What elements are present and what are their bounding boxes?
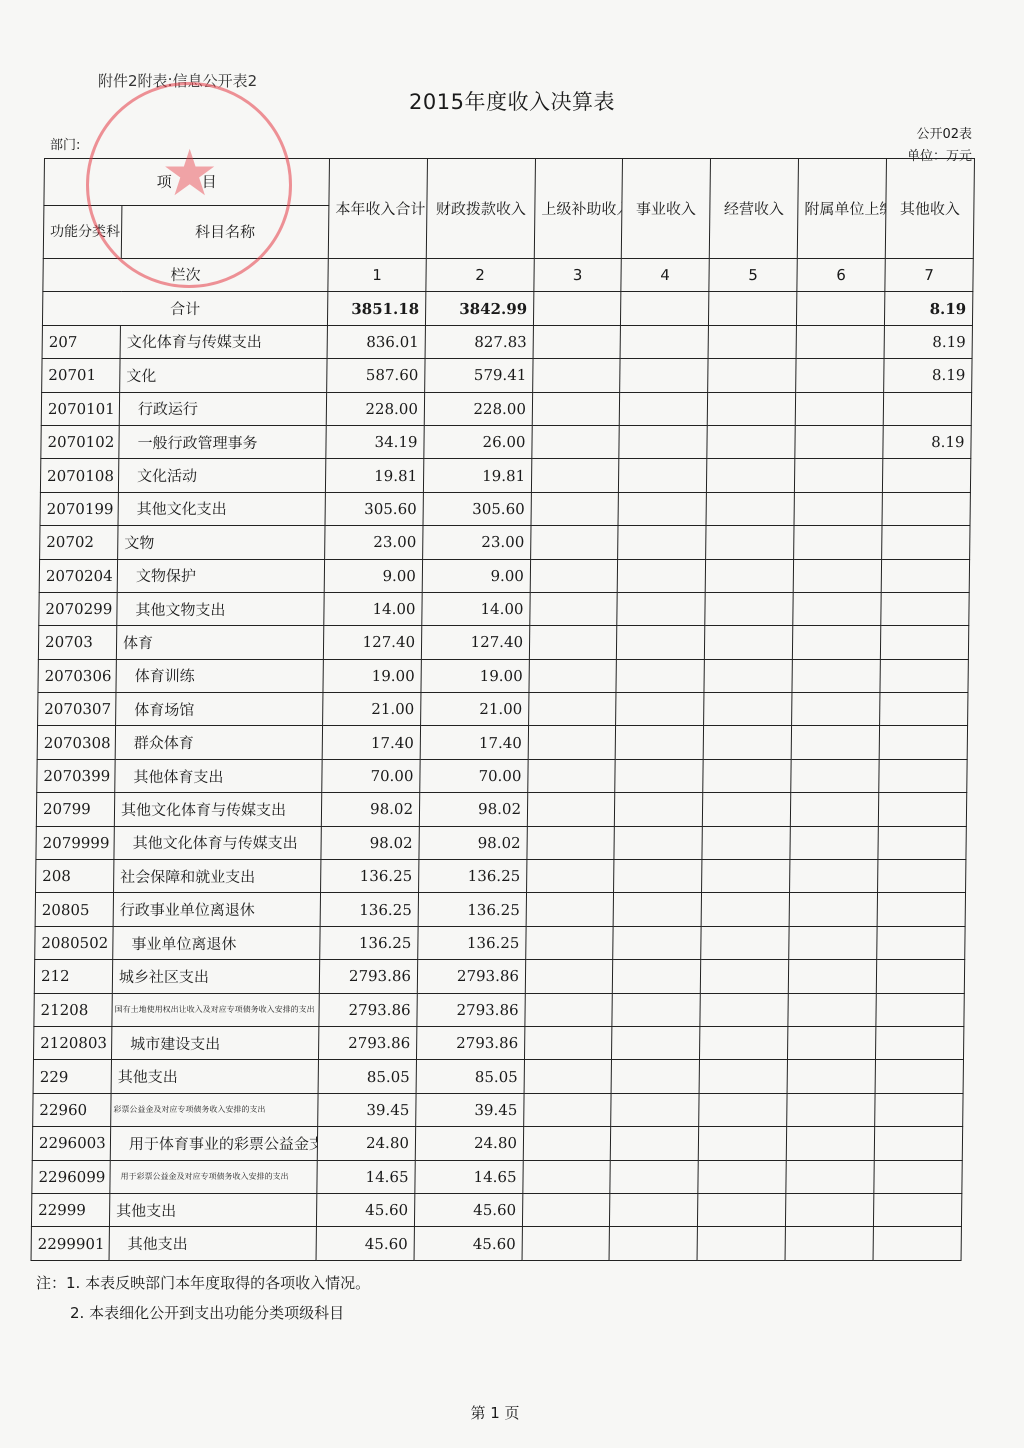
value-col-5 [701,926,789,959]
subject-code: 212 [34,960,112,993]
value-col-2: 26.00 [424,425,532,458]
total-value-4 [620,292,708,325]
subject-name: 文化体育与传媒支出 [120,325,327,358]
value-col-2: 136.25 [418,893,526,926]
value-col-5 [703,726,791,759]
value-col-2: 14.00 [422,592,530,625]
value-col-3 [523,1127,610,1160]
value-col-2: 305.60 [423,492,531,525]
value-col-1: 305.60 [325,492,423,525]
value-col-7: 8.19 [884,359,972,392]
value-col-5 [699,1093,787,1126]
subject-name: 城市建设支出 [111,1026,318,1059]
value-col-6 [794,526,882,559]
value-col-3 [524,1093,611,1126]
column-number-4: 4 [621,259,709,292]
header-col-2: 财政拨款收入 [426,159,535,259]
value-col-4 [620,359,708,392]
value-col-2: 17.40 [420,726,528,759]
value-col-1: 127.40 [323,626,421,659]
table-row: 20702文物23.0023.00 [40,526,970,559]
value-col-5 [707,425,795,458]
value-col-7: 8.19 [884,325,972,358]
value-col-4 [614,860,702,893]
value-col-3 [524,1060,611,1093]
value-col-7 [882,459,970,492]
value-col-2: 23.00 [423,526,531,559]
value-col-6 [792,659,880,692]
value-col-2: 2793.86 [417,960,525,993]
value-col-7 [878,793,966,826]
value-col-2: 228.00 [424,392,532,425]
table-row: 2070108文化活动19.8119.81 [40,459,970,492]
subject-code: 208 [36,860,114,893]
value-col-2: 98.02 [419,826,527,859]
value-col-4 [618,492,706,525]
table-row: 20805行政事业单位离退休136.25136.25 [35,893,965,926]
subject-name: 文物 [118,526,325,559]
value-col-2: 39.45 [416,1093,524,1126]
value-col-3 [528,759,615,792]
subject-code: 2070299 [39,592,117,625]
value-col-3 [530,559,617,592]
value-col-4 [612,993,700,1026]
value-col-1: 2793.86 [319,993,417,1026]
value-col-7 [883,392,971,425]
value-col-1: 19.00 [323,659,421,692]
subject-name: 其他文化体育与传媒支出 [114,826,321,859]
value-col-1: 70.00 [322,759,420,792]
subject-code: 2120803 [33,1026,111,1059]
value-col-4 [610,1160,698,1193]
value-col-7 [880,626,968,659]
subject-name: 文化活动 [118,459,325,492]
header-col-6: 附属单位上缴收入 [797,159,886,259]
subject-code: 2070199 [40,492,118,525]
value-col-5 [705,592,793,625]
value-col-1: 228.00 [326,392,424,425]
table-row: 21208国有土地使用权出让收入及对应专项债务收入安排的支出2793.86279… [34,993,964,1026]
value-col-5 [700,960,788,993]
subject-code: 22960 [33,1093,111,1126]
value-col-1: 9.00 [324,559,422,592]
value-col-4 [612,960,700,993]
value-col-6 [793,559,881,592]
table-row: 2079999其他文化体育与传媒支出98.0298.02 [36,826,966,859]
table-row: 20701文化587.60579.418.19 [42,359,972,392]
subject-name: 文化 [120,359,327,392]
value-col-6 [790,860,878,893]
value-col-7 [879,759,967,792]
value-col-1: 587.60 [327,359,425,392]
value-col-5 [704,693,792,726]
value-col-5 [702,793,790,826]
subject-name: 一般行政管理事务 [119,425,326,458]
value-col-5 [697,1193,785,1226]
value-col-2: 19.00 [421,659,529,692]
value-col-3 [532,425,619,458]
value-col-7 [879,726,967,759]
total-value-1: 3851.18 [327,292,425,325]
value-col-4 [609,1193,697,1226]
table-row: 229其他支出85.0585.05 [33,1060,963,1093]
value-col-4 [611,1026,699,1059]
value-col-5 [699,1026,787,1059]
subject-name: 社会保障和就业支出 [114,860,321,893]
page-title: 2015年度收入决算表 [0,86,1024,116]
value-col-5 [706,526,794,559]
value-col-7 [873,1227,961,1260]
value-col-1: 23.00 [325,526,423,559]
table-row: 22999其他支出45.6045.60 [31,1193,961,1226]
value-col-7 [881,592,969,625]
value-col-2: 45.60 [414,1227,522,1260]
value-col-6 [794,459,882,492]
value-col-3 [522,1227,609,1260]
subject-code: 2070308 [37,726,115,759]
value-col-2: 85.05 [416,1060,524,1093]
subject-code: 21208 [34,993,112,1026]
value-col-3 [527,860,614,893]
total-value-5 [708,292,796,325]
table-row: 2070101行政运行228.00228.00 [41,392,971,425]
value-col-5 [702,860,790,893]
form-number: 公开02表 [916,123,972,142]
value-col-4 [609,1227,697,1260]
value-col-3 [533,325,620,358]
subject-code: 207 [42,325,120,358]
value-col-6 [789,926,877,959]
subject-name: 行政运行 [119,392,326,425]
subject-code: 2080502 [35,926,113,959]
value-col-7 [875,1093,963,1126]
value-col-2: 127.40 [421,626,529,659]
value-col-1: 136.25 [321,860,419,893]
table-row: 212城乡社区支出2793.862793.86 [34,960,964,993]
value-col-3 [522,1193,609,1226]
value-col-1: 14.00 [324,592,422,625]
subject-name: 其他文化体育与传媒支出 [114,793,321,826]
value-col-1: 136.25 [320,926,418,959]
page-number: 第 1 页 [0,1402,990,1423]
header-col-1: 本年收入合计 [328,159,427,259]
total-value-6 [796,292,884,325]
subject-code: 2079999 [36,826,114,859]
value-col-3 [532,392,619,425]
subject-code: 2296099 [32,1160,110,1193]
table-row: 2296099用于彩票公益金及对应专项债务收入安排的支出14.6514.65 [32,1160,962,1193]
value-col-4 [614,793,702,826]
value-col-7 [877,893,965,926]
value-col-2: 2793.86 [417,993,525,1026]
value-col-5 [708,359,796,392]
total-value-2: 3842.99 [425,292,533,325]
value-col-3 [527,826,614,859]
column-number-2: 2 [426,259,534,292]
value-col-3 [529,693,616,726]
value-col-7 [882,492,970,525]
value-col-7 [878,826,966,859]
value-col-6 [786,1127,874,1160]
value-col-6 [792,626,880,659]
subject-name: 彩票公益金及对应专项债务收入安排的支出 [111,1093,318,1126]
value-col-2: 827.83 [425,325,533,358]
subject-code: 2070399 [37,759,115,792]
value-col-5 [700,993,788,1026]
table-row: 22960彩票公益金及对应专项债务收入安排的支出39.4539.45 [33,1093,963,1126]
value-col-2: 70.00 [420,759,528,792]
notes: 注：1. 本表反映部门本年度取得的各项收入情况。 2. 本表细化公开到支出功能分… [36,1268,370,1328]
subject-code: 2070307 [38,693,116,726]
value-col-1: 34.19 [326,425,424,458]
table-row: 2070399其他体育支出70.0070.00 [37,759,967,792]
subject-name: 国有土地使用权出让收入及对应专项债务收入安排的支出 [112,993,319,1026]
value-col-3 [525,960,612,993]
value-col-1: 17.40 [322,726,420,759]
value-col-5 [698,1127,786,1160]
subject-name: 行政事业单位离退休 [113,893,320,926]
value-col-2: 9.00 [422,559,530,592]
value-col-6 [789,893,877,926]
table-row: 2070299其他文物支出14.0014.00 [39,592,969,625]
value-col-6 [785,1227,873,1260]
value-col-4 [618,459,706,492]
table-row: 20799其他文化体育与传媒支出98.0298.02 [36,793,966,826]
note-1: 注：1. 本表反映部门本年度取得的各项收入情况。 [36,1268,370,1298]
value-col-4 [610,1127,698,1160]
table-row: 207文化体育与传媒支出836.01827.838.19 [42,325,972,358]
value-col-1: 98.02 [321,826,419,859]
table-row: 2070306体育训练19.0019.00 [38,659,968,692]
value-col-7 [875,1060,963,1093]
column-index-label: 栏次 [43,259,328,292]
value-col-1: 45.60 [316,1193,414,1226]
subject-code: 2070204 [39,559,117,592]
value-col-6 [792,693,880,726]
value-col-7 [878,860,966,893]
value-col-6 [796,359,884,392]
value-col-6 [786,1160,874,1193]
value-col-3 [526,926,613,959]
value-col-5 [698,1160,786,1193]
value-col-3 [527,793,614,826]
total-label: 合计 [42,292,327,325]
value-col-3 [524,1026,611,1059]
header-code: 功能分类科目编码 [43,206,122,259]
column-number-7: 7 [885,259,973,292]
value-col-4 [611,1093,699,1126]
value-col-6 [791,759,879,792]
table-row: 2299901其他支出45.6045.60 [31,1227,961,1260]
value-col-6 [788,960,876,993]
value-col-6 [787,1060,875,1093]
value-col-6 [793,592,881,625]
value-col-5 [708,325,796,358]
table-row: 2070204文物保护9.009.00 [39,559,969,592]
subject-name: 用于彩票公益金及对应专项债务收入安排的支出 [110,1160,317,1193]
header-col-4: 事业收入 [621,159,710,259]
note-2: 2. 本表细化公开到支出功能分类项级科目 [36,1298,370,1328]
value-col-1: 39.45 [318,1093,416,1126]
value-col-7 [875,1026,963,1059]
value-col-1: 2793.86 [318,1026,416,1059]
table-row: 208社会保障和就业支出136.25136.25 [36,860,966,893]
value-col-1: 98.02 [321,793,419,826]
subject-code: 2070108 [40,459,118,492]
value-col-3 [531,526,618,559]
value-col-4 [615,759,703,792]
value-col-2: 98.02 [419,793,527,826]
value-col-4 [619,392,707,425]
subject-name: 城乡社区支出 [112,960,319,993]
subject-code: 20799 [36,793,114,826]
value-col-4 [617,559,705,592]
subject-name: 其他体育支出 [115,759,322,792]
value-col-1: 21.00 [323,693,421,726]
value-col-6 [796,325,884,358]
value-col-3 [528,726,615,759]
table-row: 2070308群众体育17.4017.40 [37,726,967,759]
value-col-5 [706,492,794,525]
department-label: 部门: [50,134,80,153]
subject-code: 2070101 [41,392,119,425]
value-col-3 [530,592,617,625]
subject-name: 用于体育事业的彩票公益金支出 [110,1127,317,1160]
value-col-2: 2793.86 [416,1026,524,1059]
value-col-7 [874,1160,962,1193]
value-col-1: 2793.86 [319,960,417,993]
value-col-5 [707,392,795,425]
total-value-3 [533,292,620,325]
value-col-6 [787,1093,875,1126]
column-number-3: 3 [534,259,621,292]
subject-code: 20805 [35,893,113,926]
table-row: 2070102一般行政管理事务34.1926.008.19 [41,425,971,458]
subject-name: 事业单位离退休 [113,926,320,959]
value-col-7 [873,1193,961,1226]
value-col-1: 14.65 [317,1160,415,1193]
value-col-2: 19.81 [423,459,531,492]
value-col-1: 19.81 [325,459,423,492]
subject-name: 文物保护 [117,559,324,592]
income-final-accounts-table: 项 目 本年收入合计 财政拨款收入 上级补助收入 事业收入 经营收入 附属单位上… [31,158,975,1261]
subject-name: 体育训练 [116,659,323,692]
value-col-2: 136.25 [418,926,526,959]
subject-code: 2070306 [38,659,116,692]
value-col-5 [701,893,789,926]
value-col-2: 579.41 [425,359,533,392]
value-col-4 [615,726,703,759]
value-col-7 [880,659,968,692]
value-col-7 [876,960,964,993]
table-row: 2080502事业单位离退休136.25136.25 [35,926,965,959]
value-col-2: 21.00 [421,693,529,726]
value-col-6 [790,826,878,859]
value-col-6 [791,726,879,759]
value-col-4 [611,1060,699,1093]
value-col-4 [618,526,706,559]
header-item: 项 目 [44,159,330,206]
value-col-3 [523,1160,610,1193]
value-col-4 [620,325,708,358]
total-value-7: 8.19 [884,292,972,325]
column-number-6: 6 [797,259,885,292]
value-col-3 [531,459,618,492]
value-col-7 [874,1127,962,1160]
value-col-7: 8.19 [883,425,971,458]
subject-name: 体育场馆 [116,693,323,726]
subject-code: 2070102 [41,425,119,458]
subject-code: 22999 [31,1193,109,1226]
value-col-4 [616,659,704,692]
value-col-3 [526,893,613,926]
value-col-4 [619,425,707,458]
value-col-5 [705,559,793,592]
value-col-5 [706,459,794,492]
value-col-1: 24.80 [317,1127,415,1160]
header-col-3: 上级补助收入 [534,159,622,259]
value-col-3 [529,659,616,692]
table-row: 2070199其他文化支出305.60305.60 [40,492,970,525]
value-col-6 [787,1026,875,1059]
value-col-4 [617,592,705,625]
value-col-5 [702,826,790,859]
subject-code: 2296003 [32,1127,110,1160]
value-col-1: 85.05 [318,1060,416,1093]
value-col-6 [790,793,878,826]
header-name: 科目名称 [121,206,329,259]
value-col-4 [614,826,702,859]
value-col-3 [531,492,618,525]
column-number-1: 1 [328,259,426,292]
value-col-3 [533,359,620,392]
table-row: 20703体育127.40127.40 [38,626,968,659]
value-col-4 [613,926,701,959]
value-col-4 [616,693,704,726]
subject-code: 229 [33,1060,111,1093]
subject-code: 20701 [42,359,120,392]
value-col-6 [785,1193,873,1226]
value-col-6 [795,392,883,425]
value-col-1: 836.01 [327,325,425,358]
value-col-5 [697,1227,785,1260]
table-row: 2120803城市建设支出2793.862793.86 [33,1026,963,1059]
subject-code: 20703 [38,626,116,659]
subject-name: 其他文物支出 [117,592,324,625]
subject-name: 其他支出 [109,1193,316,1226]
value-col-6 [795,425,883,458]
subject-code: 20702 [40,526,118,559]
subject-code: 2299901 [31,1227,109,1260]
value-col-2: 14.65 [415,1160,523,1193]
table-row: 2296003用于体育事业的彩票公益金支出24.8024.80 [32,1127,962,1160]
value-col-4 [613,893,701,926]
subject-name: 其他支出 [111,1060,318,1093]
value-col-7 [880,693,968,726]
value-col-7 [876,993,964,1026]
value-col-7 [882,526,970,559]
table-row: 2070307体育场馆21.0021.00 [38,693,968,726]
value-col-5 [703,759,791,792]
subject-name: 群众体育 [115,726,322,759]
header-col-5: 经营收入 [709,159,798,259]
value-col-5 [704,659,792,692]
subject-name: 其他文化支出 [118,492,325,525]
value-col-4 [616,626,704,659]
value-col-1: 45.60 [316,1227,414,1260]
value-col-3 [525,993,612,1026]
value-col-2: 136.25 [419,860,527,893]
